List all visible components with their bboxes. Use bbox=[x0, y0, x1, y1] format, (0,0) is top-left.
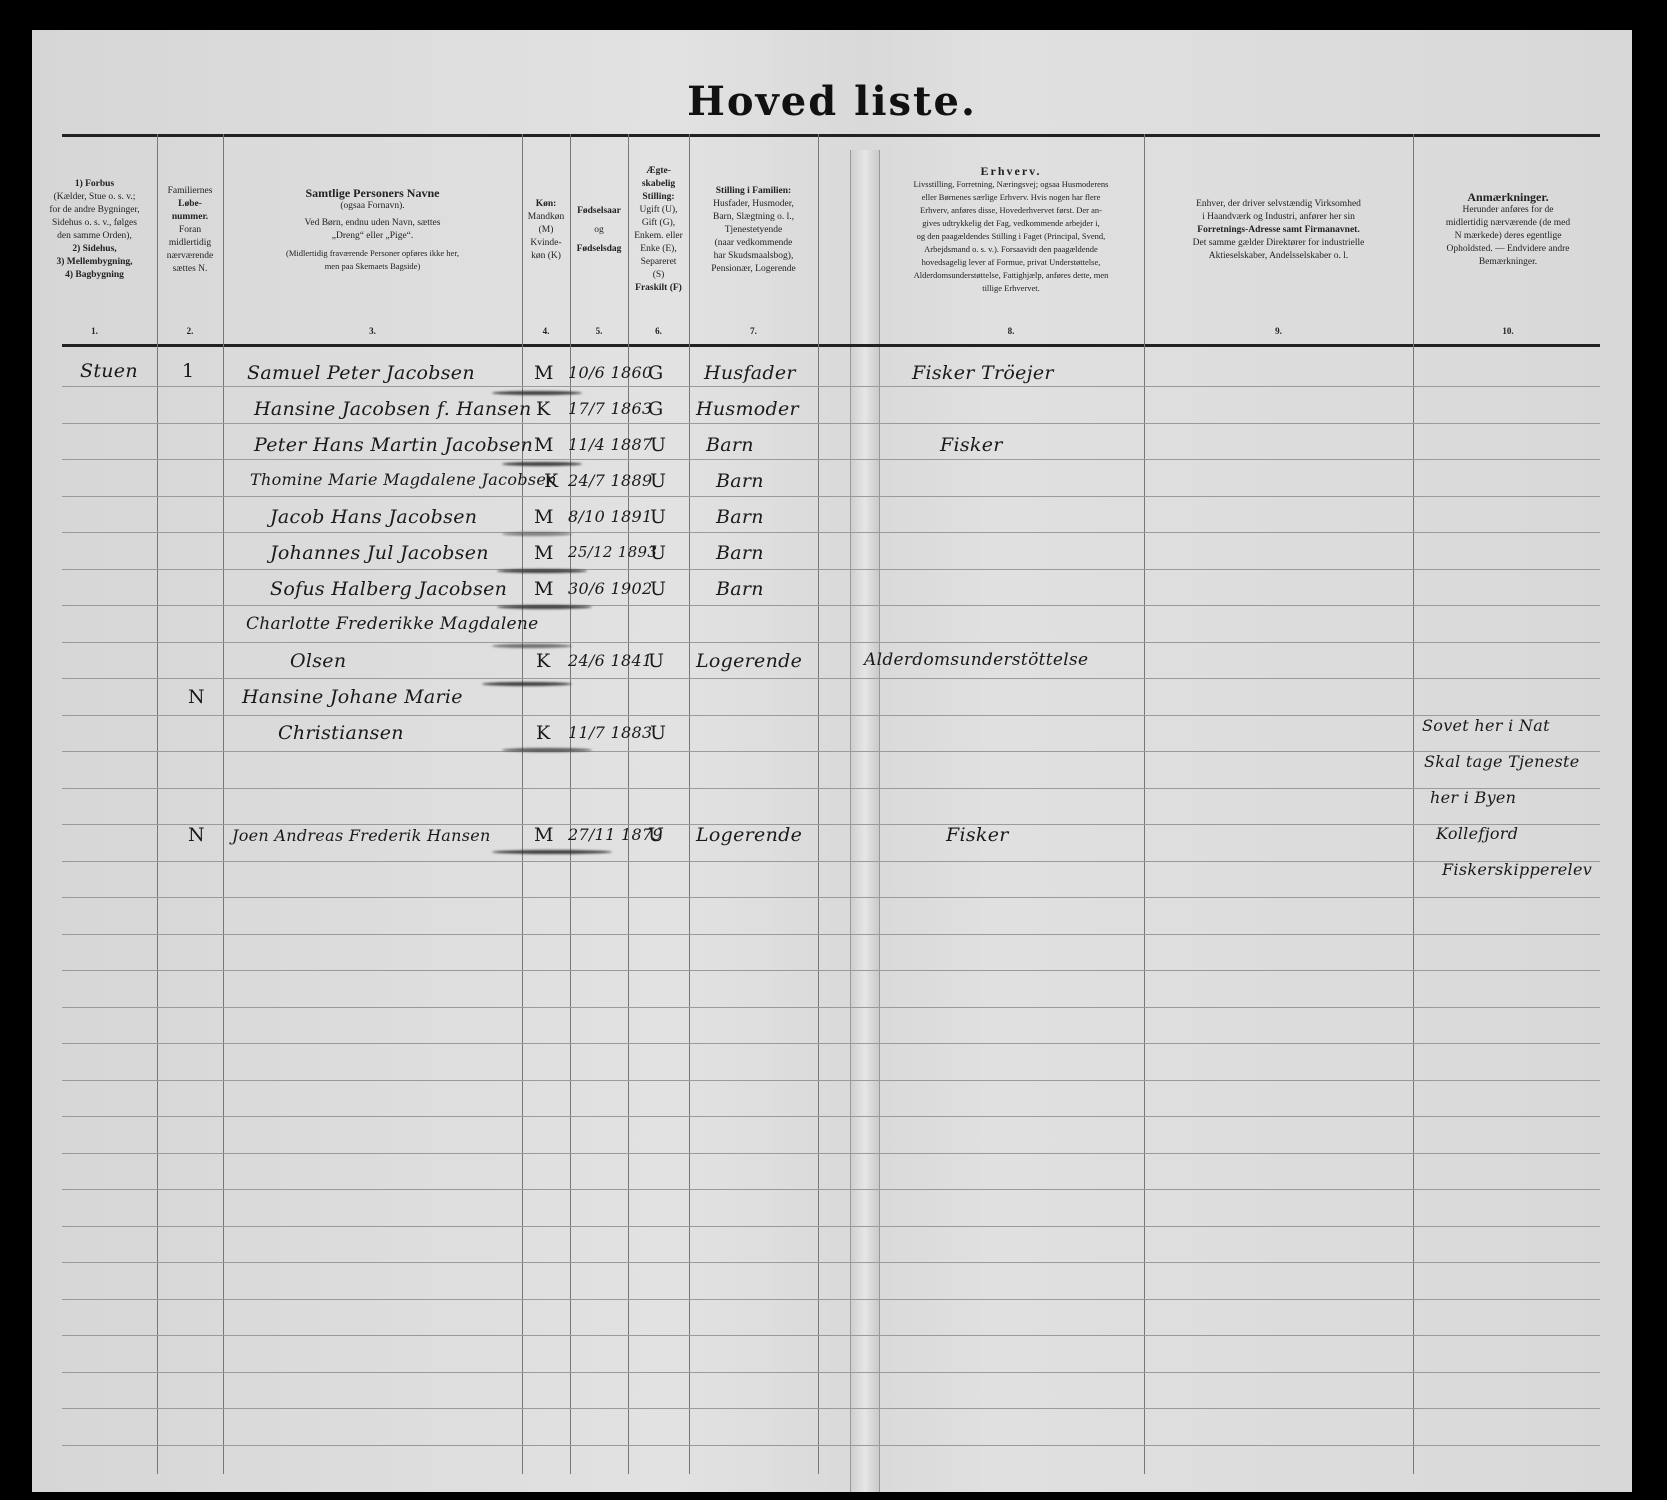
pencil-mark bbox=[497, 569, 587, 573]
column-number: 6. bbox=[628, 326, 689, 336]
entry-sex: M bbox=[534, 362, 554, 384]
ruled-line bbox=[62, 1007, 1600, 1008]
entry-name: Charlotte Frederikke Magdalene bbox=[246, 614, 539, 634]
column-number: 10. bbox=[1413, 326, 1603, 336]
entry-name: Jacob Hans Jacobsen bbox=[270, 506, 477, 528]
entry-family-role: Barn bbox=[716, 506, 764, 528]
entry-name-continued: Olsen bbox=[290, 650, 346, 672]
column-number: 5. bbox=[570, 326, 628, 336]
header-col-10-remarks: Anmærkninger. Herunder anføres for de mi… bbox=[1413, 140, 1603, 320]
entry-sex: K bbox=[544, 470, 559, 492]
entry-remarks-continued: Fiskerskipperelev bbox=[1442, 860, 1592, 879]
column-number: 1. bbox=[32, 326, 157, 336]
entry-remarks: Kollefjord bbox=[1436, 824, 1518, 843]
entry-birth: 8/10 1891 bbox=[568, 507, 652, 526]
entry-marital: U bbox=[650, 506, 666, 528]
pencil-mark bbox=[497, 605, 592, 609]
entry-sex: K bbox=[536, 650, 551, 672]
column-number: 7. bbox=[689, 326, 818, 336]
header-bottom-rule bbox=[62, 344, 1600, 347]
pencil-mark bbox=[492, 391, 582, 395]
ruled-line bbox=[62, 1043, 1600, 1044]
column-number: 3. bbox=[223, 326, 522, 336]
entry-sex: M bbox=[534, 578, 554, 600]
entry-marital: G bbox=[648, 398, 663, 420]
entry-occupation: Fisker bbox=[940, 434, 1003, 456]
column-number: 8. bbox=[878, 326, 1144, 336]
pencil-mark bbox=[502, 748, 592, 752]
pencil-mark bbox=[492, 644, 572, 648]
ruled-line bbox=[62, 1189, 1600, 1190]
entry-marital: U bbox=[650, 578, 666, 600]
ruled-line bbox=[62, 386, 1600, 387]
entry-family-role: Barn bbox=[716, 470, 764, 492]
ruled-line bbox=[62, 788, 1600, 789]
ruled-line bbox=[62, 1299, 1600, 1300]
entry-birth: 24/6 1841 bbox=[568, 651, 652, 670]
entry-family-role: Barn bbox=[706, 434, 754, 456]
entry-family-role: Logerende bbox=[696, 824, 802, 846]
entry-family-no: N bbox=[188, 824, 205, 846]
entry-marital: U bbox=[650, 470, 666, 492]
entry-name: Joen Andreas Frederik Hansen bbox=[232, 826, 491, 845]
ruled-line bbox=[62, 423, 1600, 424]
entry-birth: 10/6 1860 bbox=[568, 363, 652, 382]
pencil-mark bbox=[482, 682, 572, 686]
entry-family-role: Logerende bbox=[696, 650, 802, 672]
entry-marital: G bbox=[648, 362, 663, 384]
pencil-mark bbox=[502, 462, 582, 466]
entry-name-continued: Christiansen bbox=[278, 722, 404, 744]
entry-name: Johannes Jul Jacobsen bbox=[270, 542, 489, 564]
header-col-8-occupation: Erhverv. Livsstilling, Forretning, Nærin… bbox=[878, 140, 1144, 320]
pencil-mark bbox=[492, 850, 612, 854]
header-col-4-sex: Køn: Mandkøn (M) Kvinde- køn (K) bbox=[522, 140, 570, 320]
entry-family-no: 1 bbox=[182, 360, 194, 382]
column-number: 2. bbox=[157, 326, 223, 336]
entry-name: Hansine Johane Marie bbox=[242, 686, 463, 708]
ruled-line bbox=[62, 1262, 1600, 1263]
entry-sex: K bbox=[536, 398, 551, 420]
ruled-line bbox=[62, 459, 1600, 460]
entry-birth: 11/7 1883 bbox=[568, 723, 652, 742]
column-number: 9. bbox=[1144, 326, 1413, 336]
ruled-line bbox=[62, 934, 1600, 935]
entry-marital: U bbox=[648, 650, 664, 672]
ruled-line bbox=[62, 824, 1600, 825]
entry-sex: M bbox=[534, 824, 554, 846]
ruled-line bbox=[62, 1445, 1600, 1446]
header-col-5-birth: Fødselsaar og Fødselsdag bbox=[570, 140, 628, 320]
entry-occupation: Fisker bbox=[946, 824, 1009, 846]
entry-marital: U bbox=[650, 542, 666, 564]
entry-sex: M bbox=[534, 542, 554, 564]
page-fold-gutter bbox=[850, 150, 880, 1492]
ruled-line bbox=[62, 1153, 1600, 1154]
entry-sex: M bbox=[534, 506, 554, 528]
pencil-mark bbox=[502, 532, 572, 536]
ruled-line bbox=[62, 1116, 1600, 1117]
entry-family-no: N bbox=[188, 686, 205, 708]
census-form-page: Hoved liste. 1) Forbus (Kælder, Stue o. … bbox=[32, 30, 1632, 1492]
ruled-line bbox=[62, 1080, 1600, 1081]
entry-sex: K bbox=[536, 722, 551, 744]
ruled-line bbox=[62, 715, 1600, 716]
entry-name: Sofus Halberg Jacobsen bbox=[270, 578, 507, 600]
entry-name: Thomine Marie Magdalene Jacobsen bbox=[250, 470, 557, 489]
entry-birth: 25/12 1893 bbox=[568, 543, 657, 561]
ruled-line bbox=[62, 970, 1600, 971]
ruled-line bbox=[62, 861, 1600, 862]
column-number: 4. bbox=[522, 326, 570, 336]
entry-remarks-continued: Skal tage Tjeneste bbox=[1424, 752, 1580, 771]
entry-sex: M bbox=[534, 434, 554, 456]
form-title: Hoved liste. bbox=[32, 78, 1632, 125]
ruled-line bbox=[62, 897, 1600, 898]
header-col-6-marital: Ægte- skabelig Stilling: Ugift (U), Gift… bbox=[628, 140, 689, 320]
ruled-line bbox=[62, 569, 1600, 570]
entry-marital: U bbox=[650, 722, 666, 744]
entry-name: Samuel Peter Jacobsen bbox=[247, 362, 475, 384]
ruled-line bbox=[62, 1408, 1600, 1409]
header-col-7-family-role: Stilling i Familien: Husfader, Husmoder,… bbox=[689, 140, 818, 320]
ruled-line bbox=[62, 532, 1600, 533]
ruled-line bbox=[62, 678, 1600, 679]
header-col-2-family-no: Familiernes Løbe- nummer. Foran midlerti… bbox=[157, 140, 223, 320]
entry-marital: U bbox=[648, 824, 664, 846]
entry-birth: 17/7 1863 bbox=[568, 399, 652, 418]
entry-birth: 24/7 1889 bbox=[568, 471, 652, 490]
ruled-line bbox=[62, 751, 1600, 752]
ruled-line bbox=[62, 642, 1600, 643]
entry-marital: U bbox=[650, 434, 666, 456]
entry-remarks-continued: her i Byen bbox=[1430, 788, 1516, 807]
entry-family-role: Husmoder bbox=[696, 398, 799, 420]
entry-remarks: Sovet her i Nat bbox=[1422, 716, 1550, 735]
header-col-9-business-address: Enhver, der driver selvstændig Virksomhe… bbox=[1144, 140, 1413, 320]
entry-occupation: Fisker Tröejer bbox=[912, 362, 1054, 384]
entry-family-role: Barn bbox=[716, 542, 764, 564]
entry-birth: 11/4 1887 bbox=[568, 435, 652, 454]
header-col-3-names: Samtlige Personers Navne (ogsaa Fornavn)… bbox=[223, 140, 522, 320]
header-top-rule bbox=[62, 134, 1600, 137]
entry-birth: 30/6 1902 bbox=[568, 579, 652, 598]
ruled-line bbox=[62, 1372, 1600, 1373]
ruled-line bbox=[62, 1226, 1600, 1227]
ruled-line bbox=[62, 496, 1600, 497]
entry-name: Peter Hans Martin Jacobsen bbox=[254, 434, 533, 456]
entry-family-role: Husfader bbox=[704, 362, 796, 384]
ruled-line bbox=[62, 605, 1600, 606]
header-col-1-building: 1) Forbus (Kælder, Stue o. s. v.; for de… bbox=[32, 140, 157, 320]
entry-name: Hansine Jacobsen f. Hansen bbox=[254, 398, 532, 420]
entry-family-role: Barn bbox=[716, 578, 764, 600]
column-divider bbox=[818, 134, 819, 1474]
ruled-line bbox=[62, 1335, 1600, 1336]
entry-building: Stuen bbox=[80, 360, 138, 382]
entry-occupation: Alderdomsunderstöttelse bbox=[864, 650, 1088, 670]
